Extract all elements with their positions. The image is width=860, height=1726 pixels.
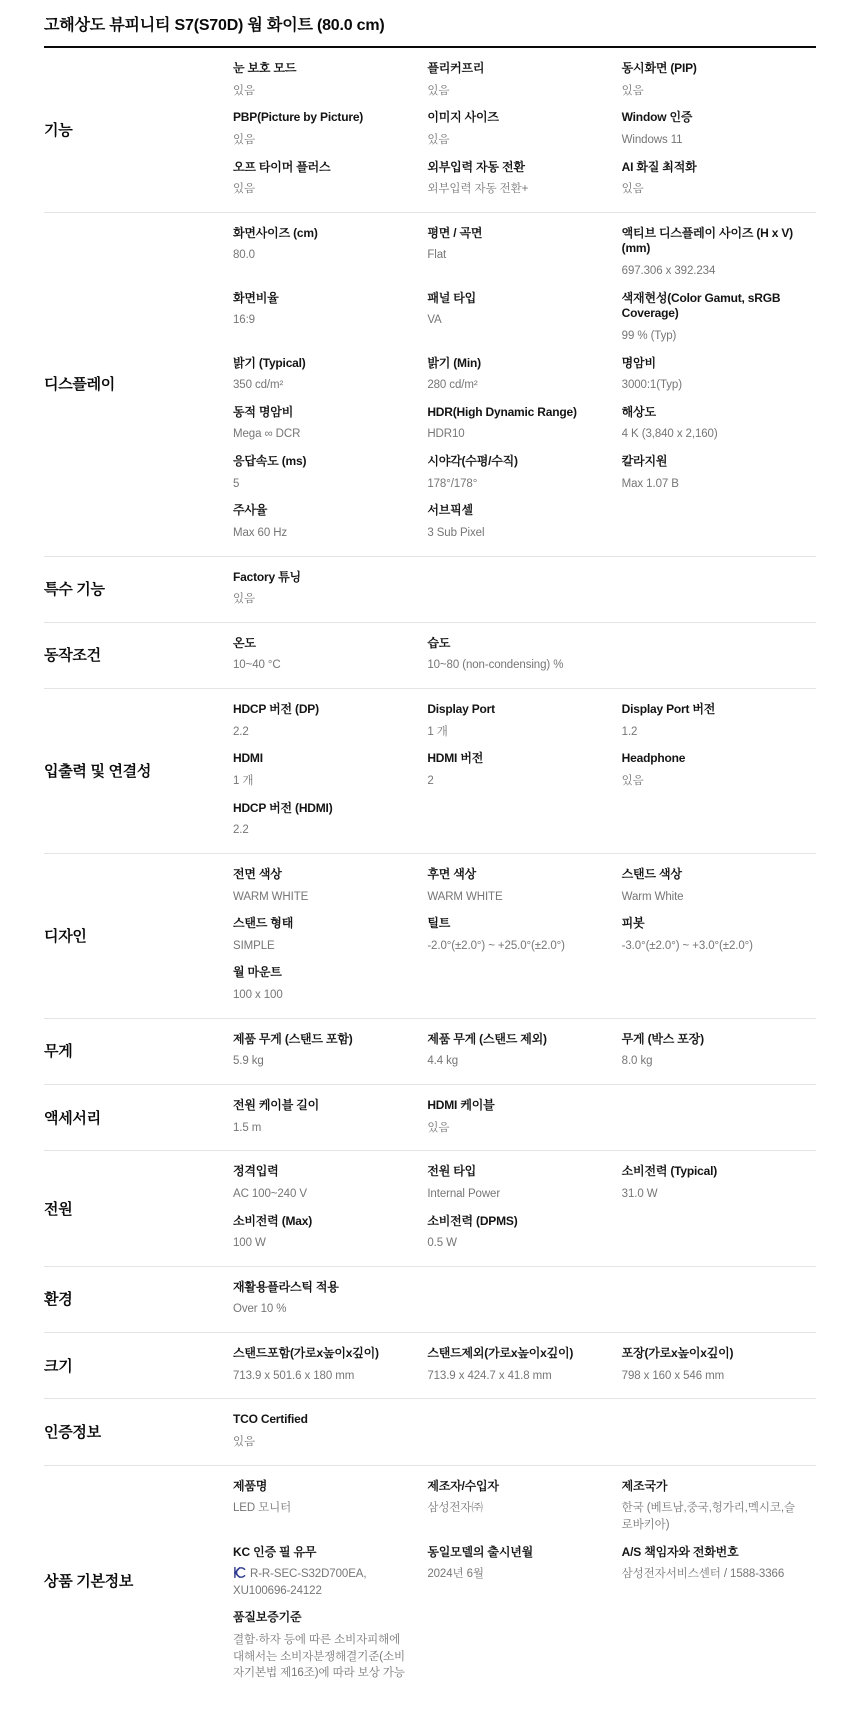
spec-item-value: 있음 [427, 132, 607, 149]
spec-item-label: 화면사이즈 (cm) [233, 226, 413, 242]
spec-item-label: 재활용플라스틱 적용 [233, 1280, 413, 1296]
spec-item-label: 소비전력 (Max) [233, 1214, 413, 1230]
spec-section: 액세서리전원 케이블 길이1.5 mHDMI 케이블있음 [44, 1085, 816, 1151]
spec-item-label: 전원 케이블 길이 [233, 1098, 413, 1114]
spec-item: 소비전력 (Typical)31.0 W [622, 1164, 816, 1202]
spec-section: 무게제품 무게 (스탠드 포함)5.9 kg제품 무게 (스탠드 제외)4.4 … [44, 1019, 816, 1085]
spec-section: 전원정격입력AC 100~240 V전원 타입Internal Power소비전… [44, 1151, 816, 1267]
spec-item: 플리커프리있음 [427, 61, 621, 99]
spec-item: 패널 타입VA [427, 291, 621, 345]
spec-section: 상품 기본정보제품명LED 모니터제조자/수입자삼성전자㈜제조국가한국 (베트남… [44, 1466, 816, 1696]
spec-item-label: 제조자/수입자 [427, 1479, 607, 1495]
section-grid: 화면사이즈 (cm)80.0평면 / 곡면Flat액티브 디스플레이 사이즈 (… [233, 226, 816, 542]
section-title: 입출력 및 연결성 [44, 760, 233, 781]
spec-item-label: 플리커프리 [427, 61, 607, 77]
spec-item: 제품명LED 모니터 [233, 1479, 427, 1534]
spec-item-label: 소비전력 (DPMS) [427, 1214, 607, 1230]
spec-item: Factory 튜닝있음 [233, 570, 427, 608]
spec-item-value: 0.5 W [427, 1235, 607, 1252]
spec-item: 제조국가한국 (베트남,중국,헝가리,멕시코,슬로바키아) [622, 1479, 816, 1534]
spec-section: 동작조건온도10~40 °C습도10~80 (non-condensing) % [44, 623, 816, 689]
spec-item-label: PBP(Picture by Picture) [233, 110, 413, 126]
spec-item-value: 2.2 [233, 724, 413, 741]
spec-item: HDMI 케이블있음 [427, 1098, 621, 1136]
spec-item-value: 2 [427, 773, 607, 790]
spec-item: 제품 무게 (스탠드 포함)5.9 kg [233, 1032, 427, 1070]
spec-item: TCO Certified있음 [233, 1412, 427, 1450]
section-grid: 제품명LED 모니터제조자/수입자삼성전자㈜제조국가한국 (베트남,중국,헝가리… [233, 1479, 816, 1682]
spec-item-value: 10~80 (non-condensing) % [427, 657, 607, 674]
spec-item-value: 5.9 kg [233, 1053, 413, 1070]
spec-item: 틸트-2.0°(±2.0°) ~ +25.0°(±2.0°) [427, 916, 621, 954]
spec-item: 오프 타이머 플러스있음 [233, 160, 427, 198]
spec-item-value: 697.306 x 392.234 [622, 263, 802, 280]
spec-item-label: 스탠드 형태 [233, 916, 413, 932]
spec-item-value: VA [427, 312, 607, 329]
spec-item-value: 5 [233, 476, 413, 493]
spec-item-label: 외부입력 자동 전환 [427, 160, 607, 176]
spec-item-value: Internal Power [427, 1186, 607, 1203]
spec-item: 습도10~80 (non-condensing) % [427, 636, 621, 674]
spec-item-value: 있음 [427, 83, 607, 100]
spec-section: 특수 기능Factory 튜닝있음 [44, 557, 816, 623]
spec-item-label: 액티브 디스플레이 사이즈 (H x V) (mm) [622, 226, 802, 257]
spec-item-label: 제품 무게 (스탠드 제외) [427, 1032, 607, 1048]
spec-item-value: 있음 [622, 773, 802, 790]
spec-item-label: A/S 책임자와 전화번호 [622, 1545, 802, 1561]
section-title: 전원 [44, 1198, 233, 1219]
spec-item-label: 습도 [427, 636, 607, 652]
spec-item: HDR(High Dynamic Range)HDR10 [427, 405, 621, 443]
spec-item-value: 16:9 [233, 312, 413, 329]
spec-item: 밝기 (Min)280 cd/m² [427, 356, 621, 394]
spec-item-label: Headphone [622, 751, 802, 767]
section-title: 디스플레이 [44, 373, 233, 394]
section-title: 동작조건 [44, 644, 233, 665]
spec-item: 소비전력 (Max)100 W [233, 1214, 427, 1252]
spec-item-label: 칼라지원 [622, 454, 802, 470]
spec-item: 스탠드 형태SIMPLE [233, 916, 427, 954]
section-grid: 눈 보호 모드있음플리커프리있음동시화면 (PIP)있음PBP(Picture … [233, 61, 816, 198]
spec-item-label: 제품명 [233, 1479, 413, 1495]
spec-item-value: 31.0 W [622, 1186, 802, 1203]
spec-item-value: Max 1.07 B [622, 476, 802, 493]
page-title: 고해상도 뷰피니티 S7(S70D) 웜 화이트 (80.0 cm) [44, 12, 816, 35]
spec-item: HDCP 버전 (HDMI)2.2 [233, 801, 427, 839]
spec-item-label: 오프 타이머 플러스 [233, 160, 413, 176]
section-title: 크기 [44, 1355, 233, 1376]
spec-item: 전면 색상WARM WHITE [233, 867, 427, 905]
spec-item-label: KC 인증 필 유무 [233, 1545, 413, 1561]
spec-item: 제조자/수입자삼성전자㈜ [427, 1479, 621, 1534]
spec-item: 전원 타입Internal Power [427, 1164, 621, 1202]
spec-item: 화면사이즈 (cm)80.0 [233, 226, 427, 280]
spec-item-value: 280 cd/m² [427, 377, 607, 394]
spec-item-label: 주사율 [233, 503, 413, 519]
spec-item-label: 온도 [233, 636, 413, 652]
spec-item-label: 스탠드 색상 [622, 867, 802, 883]
spec-item: 응답속도 (ms)5 [233, 454, 427, 492]
spec-item-value: 80.0 [233, 247, 413, 264]
spec-item-value: 178°/178° [427, 476, 607, 493]
spec-item-value: 4 K (3,840 x 2,160) [622, 426, 802, 443]
spec-item-label: 포장(가로x높이x깊이) [622, 1346, 802, 1362]
section-title: 특수 기능 [44, 578, 233, 599]
spec-item-label: HDR(High Dynamic Range) [427, 405, 607, 421]
spec-item: 피봇-3.0°(±2.0°) ~ +3.0°(±2.0°) [622, 916, 816, 954]
spec-item-label: 피봇 [622, 916, 802, 932]
spec-item-value: 있음 [622, 181, 802, 198]
spec-item: 서브픽셀3 Sub Pixel [427, 503, 621, 541]
section-grid: Factory 튜닝있음 [233, 570, 816, 608]
spec-item-value: 1 개 [233, 773, 413, 790]
spec-item: 눈 보호 모드있음 [233, 61, 427, 99]
spec-item: AI 화질 최적화있음 [622, 160, 816, 198]
spec-item: 온도10~40 °C [233, 636, 427, 674]
spec-item: Display Port 버전1.2 [622, 702, 816, 740]
spec-item-label: 동일모델의 출시년월 [427, 1545, 607, 1561]
spec-item: HDMI1 개 [233, 751, 427, 789]
section-title: 환경 [44, 1288, 233, 1309]
spec-item: 품질보증기준결함·하자 등에 따른 소비자피해에 대해서는 소비자분쟁해결기준(… [233, 1610, 427, 1682]
spec-item-label: 전면 색상 [233, 867, 413, 883]
spec-item-value: WARM WHITE [427, 889, 607, 906]
spec-item-value: Flat [427, 247, 607, 264]
spec-item-value: Over 10 % [233, 1301, 413, 1318]
spec-item: HDMI 버전2 [427, 751, 621, 789]
spec-item-value: 10~40 °C [233, 657, 413, 674]
section-grid: 스탠드포함(가로x높이x깊이)713.9 x 501.6 x 180 mm스탠드… [233, 1346, 816, 1384]
spec-item-label: 밝기 (Min) [427, 356, 607, 372]
spec-item-label: AI 화질 최적화 [622, 160, 802, 176]
spec-item-label: 동적 명암비 [233, 405, 413, 421]
spec-item-value-text: R-R-SEC-S32D700EA, XU100696-24122 [233, 1568, 366, 1597]
spec-item-label: 소비전력 (Typical) [622, 1164, 802, 1180]
spec-item: A/S 책임자와 전화번호삼성전자서비스센터 / 1588-3366 [622, 1545, 816, 1600]
section-title: 디자인 [44, 925, 233, 946]
spec-item: Headphone있음 [622, 751, 816, 789]
kc-certification-icon [233, 1566, 246, 1579]
spec-item-value: 있음 [233, 83, 413, 100]
spec-item-value: 100 W [233, 1235, 413, 1252]
spec-item-label: HDMI [233, 751, 413, 767]
spec-item: 후면 색상WARM WHITE [427, 867, 621, 905]
spec-item: 재활용플라스틱 적용Over 10 % [233, 1280, 427, 1318]
spec-item-label: 동시화면 (PIP) [622, 61, 802, 77]
spec-section: 기능눈 보호 모드있음플리커프리있음동시화면 (PIP)있음PBP(Pictur… [44, 48, 816, 213]
spec-item: 스탠드 색상Warm White [622, 867, 816, 905]
spec-item-label: 스탠드제외(가로x높이x깊이) [427, 1346, 607, 1362]
spec-item: 동적 명암비Mega ∞ DCR [233, 405, 427, 443]
spec-section: 인증정보TCO Certified있음 [44, 1399, 816, 1465]
spec-item-value: 4.4 kg [427, 1053, 607, 1070]
spec-item: 해상도4 K (3,840 x 2,160) [622, 405, 816, 443]
spec-item-label: 무게 (박스 포장) [622, 1032, 802, 1048]
spec-item: 동시화면 (PIP)있음 [622, 61, 816, 99]
section-title: 액세서리 [44, 1107, 233, 1128]
spec-item-value: 삼성전자㈜ [427, 1500, 607, 1517]
spec-item-label: 명암비 [622, 356, 802, 372]
spec-item-label: 시야각(수평/수직) [427, 454, 607, 470]
spec-item: 정격입력AC 100~240 V [233, 1164, 427, 1202]
spec-item-value: Windows 11 [622, 132, 802, 149]
section-grid: 재활용플라스틱 적용Over 10 % [233, 1280, 816, 1318]
spec-item-value: HDR10 [427, 426, 607, 443]
spec-item-label: 월 마운트 [233, 965, 413, 981]
spec-item: 제품 무게 (스탠드 제외)4.4 kg [427, 1032, 621, 1070]
section-grid: 전원 케이블 길이1.5 mHDMI 케이블있음 [233, 1098, 816, 1136]
spec-item-label: 제품 무게 (스탠드 포함) [233, 1032, 413, 1048]
spec-item-label: Display Port [427, 702, 607, 718]
spec-item: 동일모델의 출시년월2024년 6월 [427, 1545, 621, 1600]
spec-item: 월 마운트100 x 100 [233, 965, 427, 1003]
spec-item-value: 99 % (Typ) [622, 328, 802, 345]
spec-item: KC 인증 필 유무R-R-SEC-S32D700EA, XU100696-24… [233, 1545, 427, 1600]
spec-item-value: 있음 [233, 132, 413, 149]
spec-item-value: 있음 [427, 1120, 607, 1137]
spec-item-value: 798 x 160 x 546 mm [622, 1368, 802, 1385]
spec-item: 시야각(수평/수직)178°/178° [427, 454, 621, 492]
spec-item: Window 인증Windows 11 [622, 110, 816, 148]
spec-item-label: 응답속도 (ms) [233, 454, 413, 470]
section-grid: HDCP 버전 (DP)2.2Display Port1 개Display Po… [233, 702, 816, 839]
spec-item: 주사율Max 60 Hz [233, 503, 427, 541]
section-grid: TCO Certified있음 [233, 1412, 816, 1450]
spec-item-label: 후면 색상 [427, 867, 607, 883]
spec-item-label: Window 인증 [622, 110, 802, 126]
spec-item-value: Mega ∞ DCR [233, 426, 413, 443]
spec-item-value: -3.0°(±2.0°) ~ +3.0°(±2.0°) [622, 938, 802, 955]
spec-item-label: 스탠드포함(가로x높이x깊이) [233, 1346, 413, 1362]
spec-item-value: Max 60 Hz [233, 525, 413, 542]
section-title: 상품 기본정보 [44, 1570, 233, 1591]
section-grid: 전면 색상WARM WHITE후면 색상WARM WHITE스탠드 색상Warm… [233, 867, 816, 1004]
section-title: 기능 [44, 119, 233, 140]
spec-item-label: 화면비율 [233, 291, 413, 307]
spec-item-label: 패널 타입 [427, 291, 607, 307]
spec-item: 포장(가로x높이x깊이)798 x 160 x 546 mm [622, 1346, 816, 1384]
spec-item-label: 색재현성(Color Gamut, sRGB Coverage) [622, 291, 802, 322]
spec-section: 입출력 및 연결성HDCP 버전 (DP)2.2Display Port1 개D… [44, 689, 816, 854]
spec-item-label: 틸트 [427, 916, 607, 932]
section-grid: 정격입력AC 100~240 V전원 타입Internal Power소비전력 … [233, 1164, 816, 1252]
spec-item-label: HDCP 버전 (DP) [233, 702, 413, 718]
spec-item-value: R-R-SEC-S32D700EA, XU100696-24122 [233, 1566, 413, 1599]
spec-section: 크기스탠드포함(가로x높이x깊이)713.9 x 501.6 x 180 mm스… [44, 1333, 816, 1399]
spec-item-value: 1 개 [427, 724, 607, 741]
spec-item: 평면 / 곡면Flat [427, 226, 621, 280]
spec-item-label: HDMI 케이블 [427, 1098, 607, 1114]
spec-item-label: 밝기 (Typical) [233, 356, 413, 372]
spec-item-label: 제조국가 [622, 1479, 802, 1495]
spec-item: PBP(Picture by Picture)있음 [233, 110, 427, 148]
spec-item: HDCP 버전 (DP)2.2 [233, 702, 427, 740]
spec-item-value: 3 Sub Pixel [427, 525, 607, 542]
spec-item: 전원 케이블 길이1.5 m [233, 1098, 427, 1136]
spec-item-value: 있음 [233, 181, 413, 198]
spec-item-label: 품질보증기준 [233, 1610, 413, 1626]
spec-item-value: 350 cd/m² [233, 377, 413, 394]
spec-item-label: 해상도 [622, 405, 802, 421]
spec-item-label: HDCP 버전 (HDMI) [233, 801, 413, 817]
spec-item-value: 100 x 100 [233, 987, 413, 1004]
section-title: 무게 [44, 1040, 233, 1061]
spec-item-value: -2.0°(±2.0°) ~ +25.0°(±2.0°) [427, 938, 607, 955]
spec-item-label: TCO Certified [233, 1412, 413, 1428]
section-grid: 온도10~40 °C습도10~80 (non-condensing) % [233, 636, 816, 674]
spec-item-value: 있음 [233, 591, 413, 608]
spec-item-value: 8.0 kg [622, 1053, 802, 1070]
spec-item: 밝기 (Typical)350 cd/m² [233, 356, 427, 394]
spec-item-label: Factory 튜닝 [233, 570, 413, 586]
spec-item-value: 1.2 [622, 724, 802, 741]
spec-item: 스탠드제외(가로x높이x깊이)713.9 x 424.7 x 41.8 mm [427, 1346, 621, 1384]
spec-item-value: 713.9 x 424.7 x 41.8 mm [427, 1368, 607, 1385]
spec-item: 액티브 디스플레이 사이즈 (H x V) (mm)697.306 x 392.… [622, 226, 816, 280]
spec-section: 디자인전면 색상WARM WHITE후면 색상WARM WHITE스탠드 색상W… [44, 854, 816, 1019]
page-header: 고해상도 뷰피니티 S7(S70D) 웜 화이트 (80.0 cm) [44, 0, 816, 48]
spec-item: 무게 (박스 포장)8.0 kg [622, 1032, 816, 1070]
section-grid: 제품 무게 (스탠드 포함)5.9 kg제품 무게 (스탠드 제외)4.4 kg… [233, 1032, 816, 1070]
spec-item-label: Display Port 버전 [622, 702, 802, 718]
spec-item: 외부입력 자동 전환외부입력 자동 전환+ [427, 160, 621, 198]
spec-item: Display Port1 개 [427, 702, 621, 740]
spec-table: 기능눈 보호 모드있음플리커프리있음동시화면 (PIP)있음PBP(Pictur… [44, 48, 816, 1696]
spec-item-label: 눈 보호 모드 [233, 61, 413, 77]
spec-item-value: WARM WHITE [233, 889, 413, 906]
spec-section: 디스플레이화면사이즈 (cm)80.0평면 / 곡면Flat액티브 디스플레이 … [44, 213, 816, 557]
spec-item-label: HDMI 버전 [427, 751, 607, 767]
spec-item-value: AC 100~240 V [233, 1186, 413, 1203]
spec-item-value: 한국 (베트남,중국,헝가리,멕시코,슬로바키아) [622, 1500, 802, 1533]
spec-item-value: 2024년 6월 [427, 1566, 607, 1583]
spec-item-label: 평면 / 곡면 [427, 226, 607, 242]
spec-item-value: 2.2 [233, 822, 413, 839]
spec-item-label: 서브픽셀 [427, 503, 607, 519]
spec-item-value: 있음 [622, 83, 802, 100]
spec-item: 소비전력 (DPMS)0.5 W [427, 1214, 621, 1252]
spec-item: 이미지 사이즈있음 [427, 110, 621, 148]
spec-item-value: 결함·하자 등에 따른 소비자피해에 대해서는 소비자분쟁해결기준(소비자기본법… [233, 1632, 413, 1682]
spec-item: 명암비3000:1(Typ) [622, 356, 816, 394]
spec-item: 화면비율16:9 [233, 291, 427, 345]
spec-item-value: 3000:1(Typ) [622, 377, 802, 394]
spec-item-value: 외부입력 자동 전환+ [427, 181, 607, 198]
product-spec-page: 고해상도 뷰피니티 S7(S70D) 웜 화이트 (80.0 cm) 기능눈 보… [0, 0, 860, 1726]
spec-item-value: 삼성전자서비스센터 / 1588-3366 [622, 1566, 802, 1583]
spec-item: 색재현성(Color Gamut, sRGB Coverage)99 % (Ty… [622, 291, 816, 345]
section-title: 인증정보 [44, 1421, 233, 1442]
spec-item-value: LED 모니터 [233, 1500, 413, 1517]
spec-item-value: SIMPLE [233, 938, 413, 955]
spec-item: 칼라지원Max 1.07 B [622, 454, 816, 492]
spec-item-label: 이미지 사이즈 [427, 110, 607, 126]
spec-item-value: 713.9 x 501.6 x 180 mm [233, 1368, 413, 1385]
spec-item-value: Warm White [622, 889, 802, 906]
spec-item-label: 정격입력 [233, 1164, 413, 1180]
spec-item-label: 전원 타입 [427, 1164, 607, 1180]
spec-section: 환경재활용플라스틱 적용Over 10 % [44, 1267, 816, 1333]
spec-item: 스탠드포함(가로x높이x깊이)713.9 x 501.6 x 180 mm [233, 1346, 427, 1384]
spec-item-value: 있음 [233, 1434, 413, 1451]
spec-item-value: 1.5 m [233, 1120, 413, 1137]
